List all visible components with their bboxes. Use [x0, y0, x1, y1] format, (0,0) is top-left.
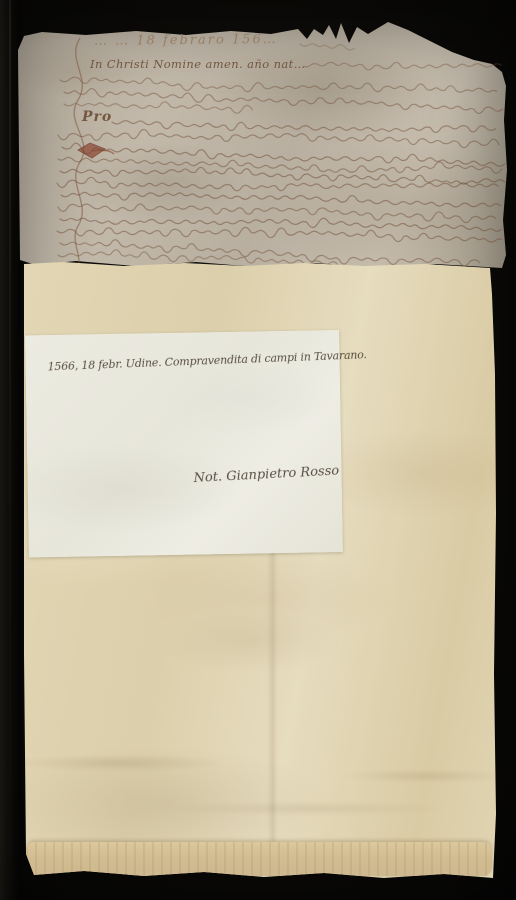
- manuscript-heading: … … 18 febraro 156…: [94, 32, 278, 49]
- archival-label: 1566, 18 febr. Udine. Compravendita di c…: [25, 330, 343, 557]
- parchment-wrinkles: [24, 724, 496, 854]
- book-spine: [0, 0, 22, 900]
- label-annotation: 1566, 18 febr. Udine. Compravendita di c…: [47, 348, 367, 373]
- parchment-fold-edge: [26, 842, 492, 876]
- book-spine-seam: [9, 0, 11, 900]
- label-signature: Not. Gianpietro Rosso: [193, 463, 339, 486]
- manuscript-paragraph-initial: Pro: [82, 109, 112, 125]
- manuscript-opening-line: In Christi Nomine amen. año nat…: [90, 57, 306, 71]
